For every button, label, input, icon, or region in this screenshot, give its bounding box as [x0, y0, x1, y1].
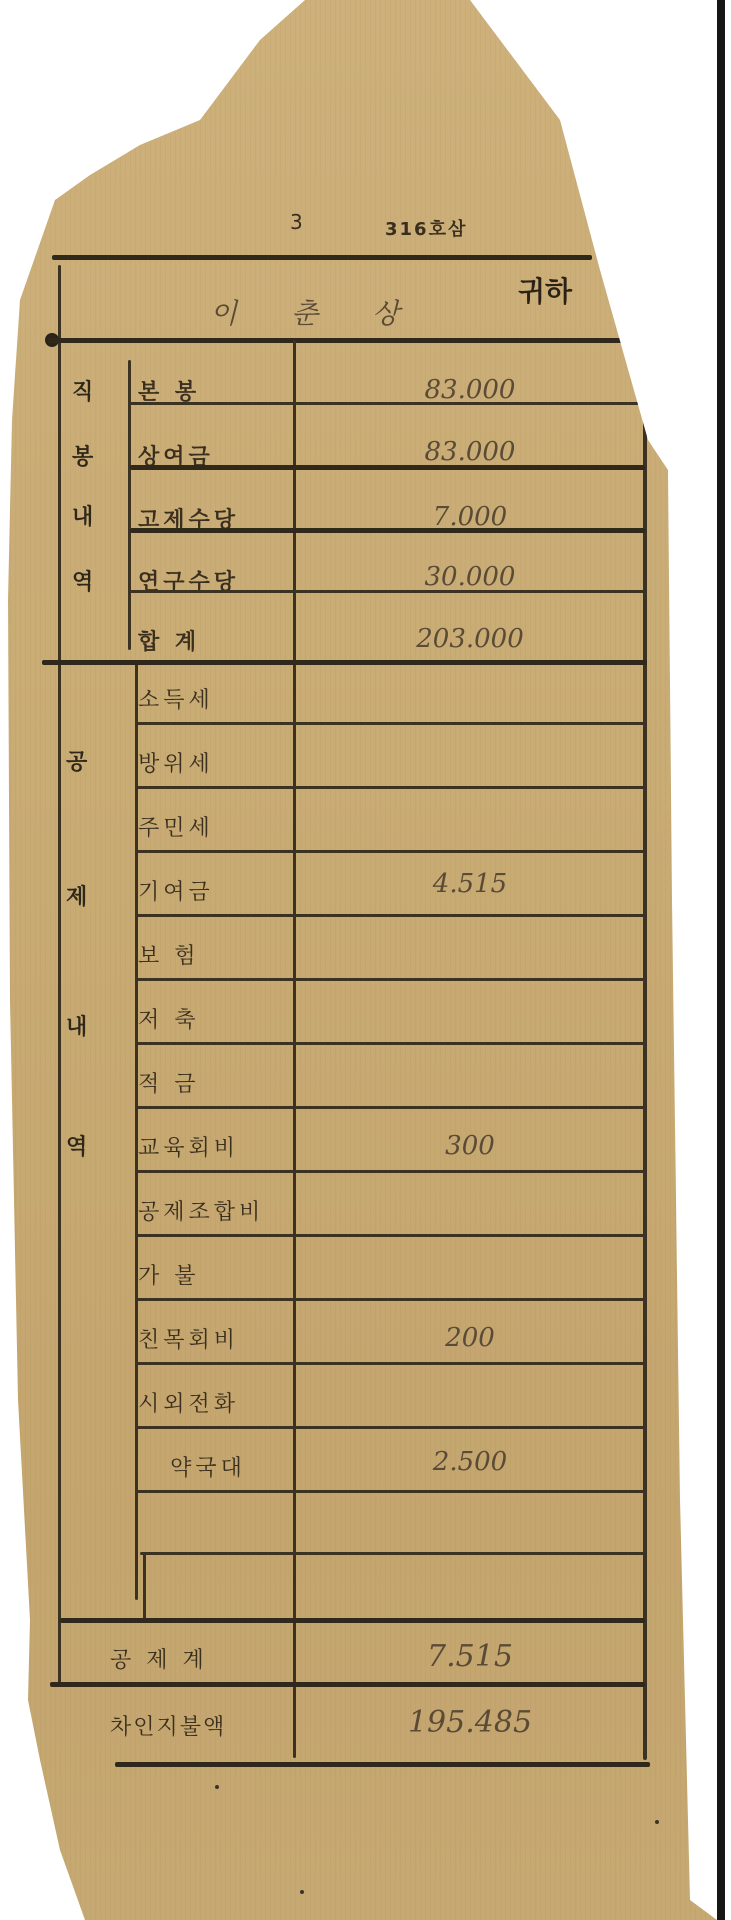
deduction-row-label: 가 불: [138, 1254, 288, 1294]
pay-section-label-1: 직: [72, 375, 93, 406]
deduction-section-label-4: 역: [66, 1130, 87, 1161]
deduction-row-value: 200: [300, 1316, 640, 1360]
deduction-row-label: 시외전화: [138, 1382, 288, 1422]
deduction-section-label-3: 내: [66, 1010, 87, 1041]
deduction-row-label: 소득세: [138, 678, 288, 718]
top-border: [52, 255, 592, 260]
pay-section-label-4: 역: [72, 565, 93, 596]
pay-section-label-3: 내: [72, 500, 93, 531]
pay-total-label: 합 계: [138, 620, 288, 660]
pay-total-value: 203.000: [300, 617, 640, 661]
deduction-total-value: 7.515: [300, 1634, 640, 1678]
row-divider: [137, 722, 647, 725]
row-divider: [130, 402, 640, 405]
pay-row-label: 연구수당: [138, 560, 288, 600]
deduction-row-label: 교육회비: [138, 1126, 288, 1166]
deduction-row-value: 300: [300, 1124, 640, 1168]
row-divider: [137, 1298, 647, 1301]
row-divider: [137, 1490, 647, 1493]
row-divider: [137, 850, 647, 853]
value-column-divider: [293, 340, 296, 1758]
deduction-row-value: 4.515: [300, 862, 640, 906]
net-pay-label: 차인지불액: [110, 1705, 290, 1745]
honorific-stamp: 귀하: [518, 270, 572, 310]
header-code-left: 3: [290, 210, 305, 234]
deduction-total-label: 공 제 계: [110, 1638, 290, 1678]
blank-row-divider: [143, 1552, 146, 1620]
outer-left-border: [58, 265, 61, 1685]
employee-name: 이 춘 상: [210, 292, 450, 332]
bottom-border: [115, 1762, 650, 1767]
deduction-row-label: 기여금: [138, 870, 288, 910]
totals-divider: [50, 1682, 645, 1687]
section-divider: [42, 660, 647, 665]
header-code-right: 316호삼: [385, 215, 467, 241]
row-divider: [137, 1106, 647, 1109]
row-divider: [137, 1042, 647, 1045]
salary-slip-paper: 3 316호삼 이 춘 상 귀하 직 봉 내 역 본 봉 83.000 상여금 …: [0, 0, 717, 1920]
row-divider: [137, 914, 647, 917]
name-row-bottom: [48, 338, 648, 343]
dust-speck: [655, 1820, 659, 1824]
row-divider: [137, 1362, 647, 1365]
row-divider: [130, 590, 645, 593]
deduction-row-label: 저 축: [138, 998, 288, 1038]
row-divider: [137, 1234, 647, 1237]
row-divider: [130, 465, 645, 470]
deduction-row-label: 방위세: [138, 742, 288, 782]
scan-edge-bar: [717, 0, 725, 1920]
deduction-row-label: 보 험: [138, 934, 288, 974]
pay-section-label-2: 봉: [72, 440, 93, 471]
row-divider: [130, 528, 645, 533]
dust-speck: [215, 1785, 219, 1789]
row-divider: [140, 1552, 645, 1555]
deduction-section-label-2: 제: [66, 880, 87, 911]
row-divider: [137, 1170, 647, 1173]
dust-speck: [300, 1890, 304, 1894]
net-pay-value: 195.485: [300, 1700, 640, 1744]
deduction-row-label: 공제조합비: [138, 1190, 288, 1230]
deduction-row-label: 주민세: [138, 806, 288, 846]
deduction-row-label: 적 금: [138, 1062, 288, 1102]
deduction-row-label: 약국대: [138, 1446, 288, 1486]
totals-top-border: [60, 1618, 645, 1623]
deduction-row-value: 2.500: [300, 1440, 640, 1484]
deduction-section-label-1: 공: [66, 745, 87, 776]
pay-row-value: 83.000: [300, 368, 640, 412]
deduction-row-label: 친목회비: [138, 1318, 288, 1358]
row-divider: [137, 978, 647, 981]
row-divider: [137, 1426, 647, 1429]
row-divider: [137, 786, 647, 789]
